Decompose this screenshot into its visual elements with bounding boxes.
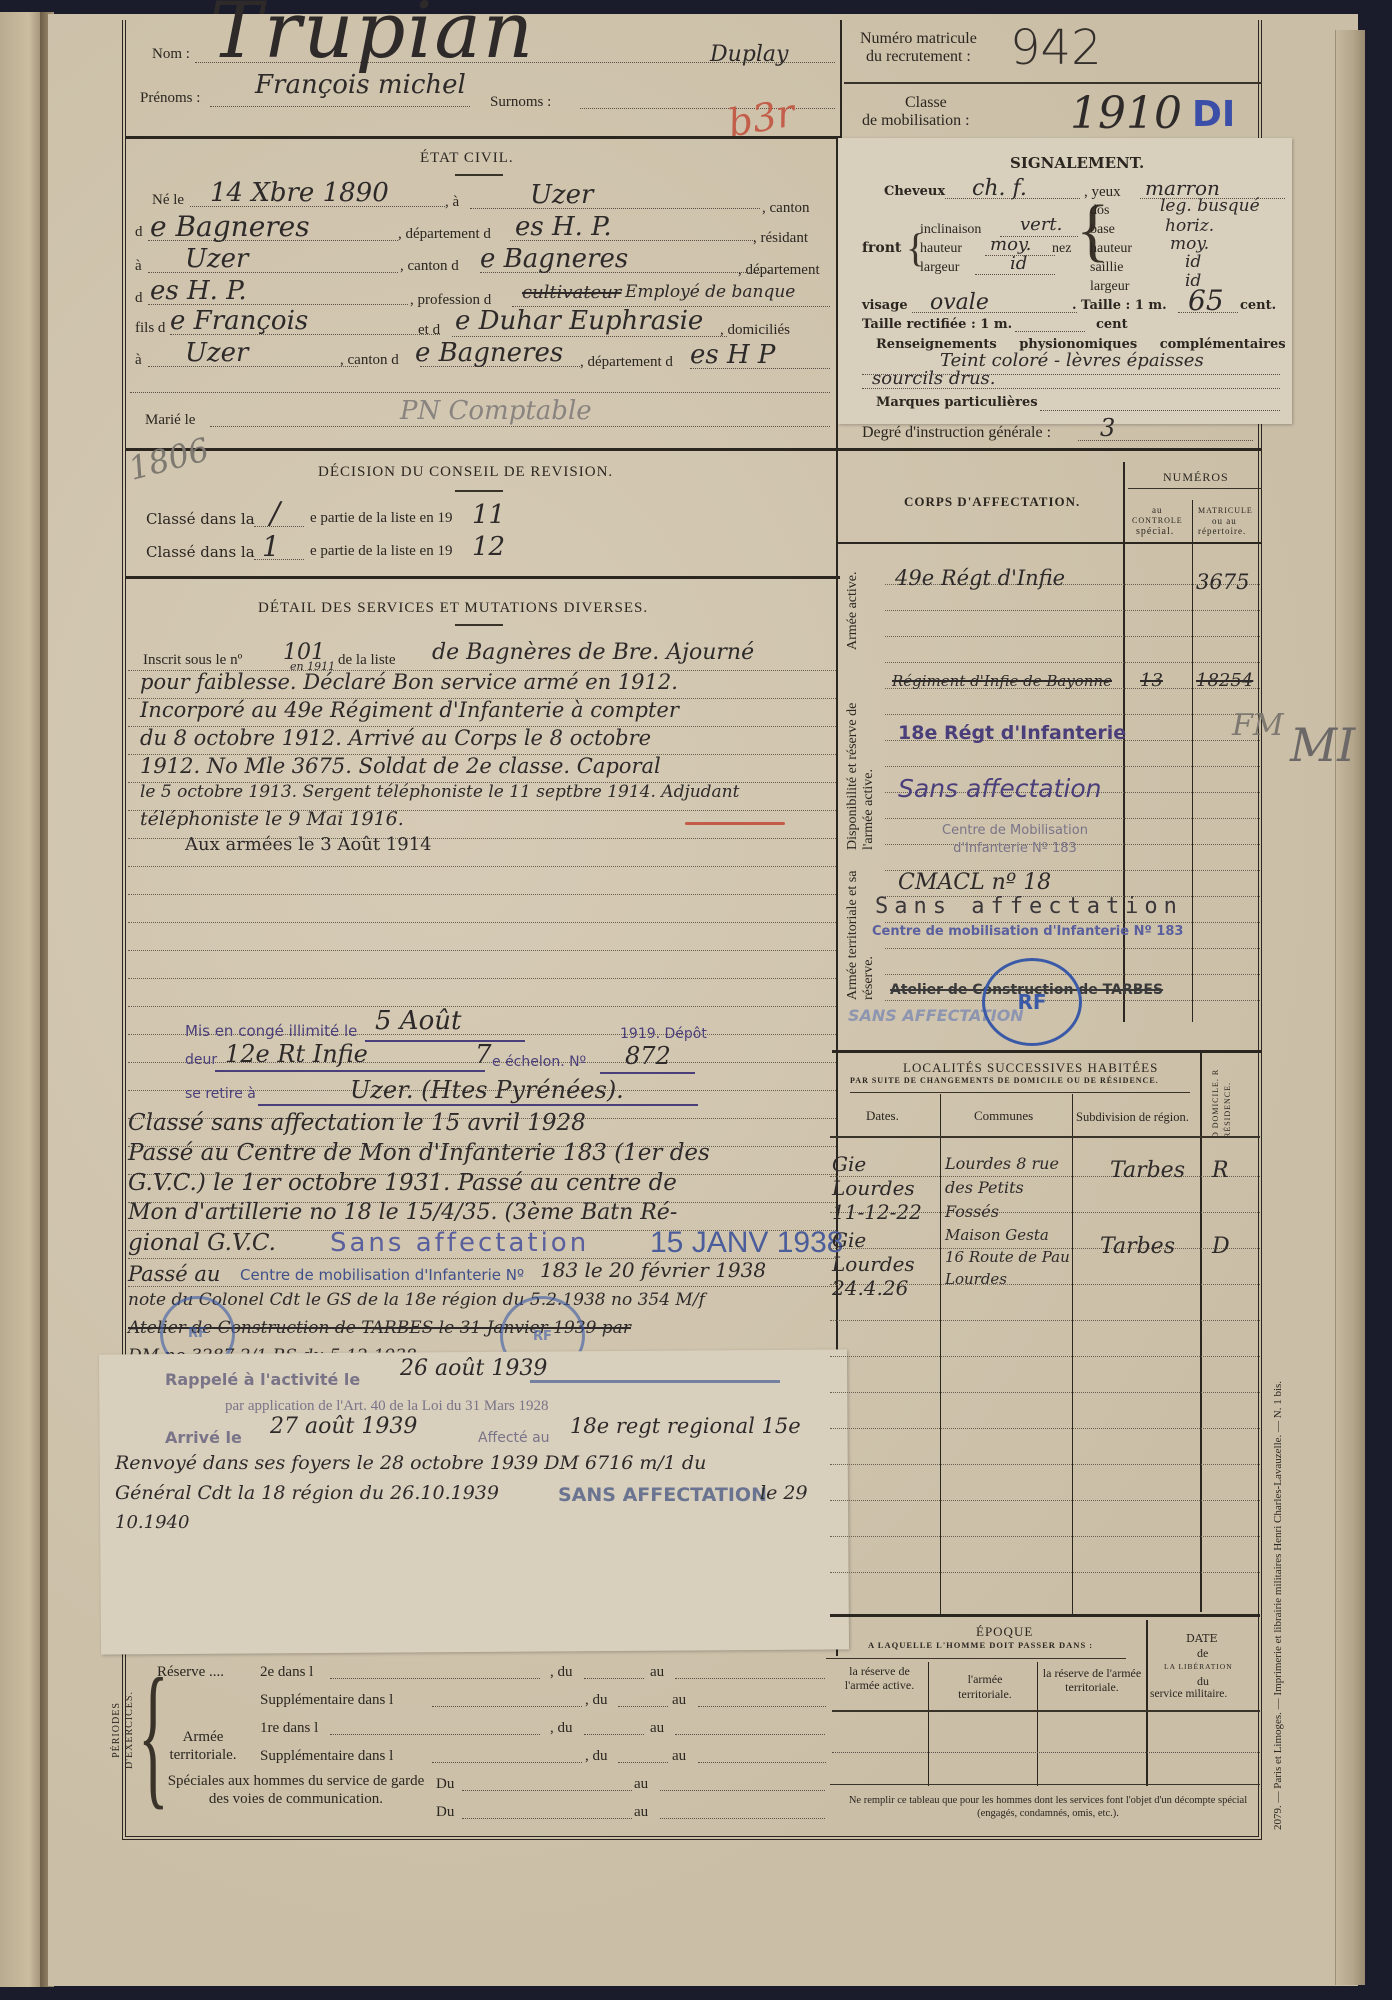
later-line-1: Classé sans affectation le 15 avril 1928 xyxy=(128,1110,586,1136)
domicile-dept-label: , département d xyxy=(580,354,673,371)
inclinaison-value: vert. xyxy=(1020,214,1062,235)
numeros-header: NUMÉROS xyxy=(1163,470,1229,485)
periode-row-line xyxy=(432,1706,582,1707)
corps-matricule: 3675 xyxy=(1196,570,1249,594)
echelon-no: 872 xyxy=(625,1042,671,1070)
dos-label: dos xyxy=(1090,203,1109,219)
classe-label-1: Classe xyxy=(905,94,947,112)
periode-row-text: 2e dans l xyxy=(260,1664,313,1681)
classe-code: DI xyxy=(1192,94,1235,135)
localite-type: R xyxy=(1212,1158,1229,1183)
matricule-col-2: ou au xyxy=(1212,516,1237,526)
blank-line xyxy=(130,392,830,393)
margin-mark: MI xyxy=(1290,718,1355,772)
periode-row-line xyxy=(698,1762,826,1763)
periode-row-au: au xyxy=(650,1720,664,1737)
corps-entry: Sans affectation xyxy=(875,894,1183,919)
surnoms-label: Surnoms : xyxy=(490,94,551,111)
header-divider xyxy=(840,20,842,140)
application-label: par application de l'Art. 40 de la Loi d… xyxy=(225,1398,548,1415)
corps-entry: 18e Régt d'Infanterie xyxy=(898,722,1126,744)
localites-title: LOCALITÉS SUCCESSIVES HABITÉES xyxy=(903,1060,1158,1076)
decision-title: DÉCISION DU CONSEIL DE REVISION. xyxy=(318,464,613,481)
rappele-value: 26 août 1939 xyxy=(400,1356,547,1381)
epoque-col-2: l'armée territoriale. xyxy=(940,1672,1030,1702)
col-communes: Communes xyxy=(974,1108,1033,1124)
residant-value: Uzer xyxy=(185,244,248,274)
periode-row-line xyxy=(675,1734,825,1735)
corps-matricule: 18254 xyxy=(1196,670,1253,691)
services-line-5: 1912. No Mle 3675. Soldat de 2e classe. … xyxy=(140,754,661,778)
departement-value: es H. P. xyxy=(515,212,612,242)
periode-row-au: au xyxy=(634,1804,648,1821)
corps-entry: 49e Régt d'Infie xyxy=(895,566,1065,590)
hauteur-label: hauteur xyxy=(920,241,962,257)
pasted-line-2-tail: le 29 xyxy=(760,1482,808,1504)
largeur-label: largeur xyxy=(920,260,959,276)
title-underline xyxy=(455,624,503,626)
col-dates: Dates. xyxy=(866,1108,899,1124)
rappele-label: Rappelé à l'activité le xyxy=(165,1370,360,1389)
residant-label: , résidant xyxy=(753,230,808,247)
periode-row-du: , du xyxy=(585,1692,608,1709)
hauteur-value: moy. xyxy=(990,234,1031,255)
periode-row-line xyxy=(618,1706,668,1707)
pasted-line-3: 10.1940 xyxy=(115,1512,189,1533)
services-line-4: du 8 octobre 1912. Arrivé au Corps le 8 … xyxy=(140,726,651,750)
controle-col-3: spécial. xyxy=(1136,526,1174,537)
ne-le-label: Né le xyxy=(152,192,184,209)
periode-row-line xyxy=(698,1706,826,1707)
marie-line xyxy=(210,426,830,427)
localite-date: Gie Lourdes 24.4.26 xyxy=(832,1228,940,1300)
periode-row-line xyxy=(675,1678,825,1679)
dos-value: leg. busqué xyxy=(1160,196,1260,216)
affecte-value: 18e regt regional 15e xyxy=(570,1414,801,1438)
a-value: Uzer xyxy=(530,180,593,210)
a-label: , à xyxy=(445,194,459,211)
stamp-sans-affectation: Sans affectation xyxy=(330,1228,589,1258)
periode-row-text: Supplémentaire dans l xyxy=(260,1748,393,1765)
classe-label-2: de mobilisation : xyxy=(862,112,970,130)
fils-label: fils d xyxy=(135,320,165,337)
ne-le-value: 14 Xbre 1890 xyxy=(210,178,389,208)
inclinaison-label: inclinaison xyxy=(920,222,981,238)
controle-col-2: CONTROLE xyxy=(1132,516,1183,525)
departement-label: , département d xyxy=(398,226,491,243)
localite-commune: Maison Gesta 16 Route de Pau Lourdes xyxy=(945,1224,1071,1290)
base-value: horiz. xyxy=(1165,216,1214,236)
domicile-value: Uzer xyxy=(185,338,248,368)
epoque-top-rule xyxy=(830,1614,1260,1617)
periode-row-line xyxy=(330,1734,540,1735)
decision-row-1-value-b: 11 xyxy=(472,500,505,530)
decision-row-2-value-a: 1 xyxy=(262,530,280,563)
inscrit-label: Inscrit sous le nº xyxy=(143,652,242,669)
periode-row-line xyxy=(462,1818,632,1819)
reserve-label: Réserve .... xyxy=(157,1664,224,1681)
pasted-line-1: Renvoyé dans ses foyers le 28 octobre 19… xyxy=(115,1452,706,1474)
decision-row-1-label-b: e partie de la liste en 19 xyxy=(310,510,452,527)
liste-label: de la liste xyxy=(338,652,395,669)
corps-header: CORPS D'AFFECTATION. xyxy=(904,494,1080,510)
periode-row-text: Du xyxy=(436,1804,454,1821)
periode-row-line xyxy=(462,1790,632,1791)
services-line-1: de Bagnères de Bre. Ajourné xyxy=(432,640,754,665)
epoque-bottom-rule xyxy=(830,1784,1260,1785)
arrive-value: 27 août 1939 xyxy=(270,1414,417,1439)
later-line-3: G.V.C.) le 1er octobre 1931. Passé au ce… xyxy=(128,1170,677,1196)
services-title: DÉTAIL DES SERVICES ET MUTATIONS DIVERSE… xyxy=(258,600,648,617)
taille-rectifiee-line xyxy=(1015,331,1085,332)
decision-row-2-label-a: Classé dans la xyxy=(146,543,255,561)
controle-col-1: au xyxy=(1152,505,1163,515)
localite-subdivision: Tarbes xyxy=(1110,1158,1185,1183)
printer-imprint: 2079. — Paris et Limoges. — Imprimerie e… xyxy=(1272,1381,1284,1830)
later-line-4: Mon d'artillerie no 18 le 15/4/35. (3ème… xyxy=(128,1200,677,1225)
surnoms-line xyxy=(580,108,835,109)
localites-brace xyxy=(850,1092,1190,1093)
conge-year: 1919. Dépôt xyxy=(620,1026,707,1042)
pasted-line-2: Général Cdt la 18 région du 26.10.1939 xyxy=(115,1482,499,1504)
decision-row-1-value-a: / xyxy=(270,496,280,531)
date-header-3: LA LIBÉRATION xyxy=(1164,1662,1233,1671)
echelon-value: 7 xyxy=(475,1040,492,1070)
nez-hauteur-label: hauteur xyxy=(1090,241,1132,257)
taille-cent-label: cent. xyxy=(1240,298,1276,313)
services-line-3: Incorporé au 49e Régiment d'Infanterie à… xyxy=(140,698,679,722)
echelon-label: e échelon. Nº xyxy=(492,1054,586,1070)
corps-controle: 13 xyxy=(1140,670,1163,691)
taille-rectifiee-label: Taille rectifiée : 1 m. xyxy=(862,317,1012,332)
decision-row-2-label-b: e partie de la liste en 19 xyxy=(310,543,452,560)
section-disponibilite: Disponibilité et réserve de l'armée acti… xyxy=(845,660,877,850)
conge-date: 5 Août xyxy=(375,1006,461,1036)
signalement-title: SIGNALEMENT. xyxy=(1010,154,1144,172)
services-line-2: pour faiblesse. Déclaré Bon service armé… xyxy=(140,670,678,694)
periode-row-line xyxy=(660,1790,825,1791)
section-armee-active: Armée active. xyxy=(845,571,861,650)
taille-rectifiee-cent: cent xyxy=(1096,317,1128,332)
header-rule xyxy=(844,82,1262,84)
matricule-col-1: MATRICULE xyxy=(1198,506,1253,515)
pasted-stamp: SANS AFFECTATION xyxy=(558,1484,767,1506)
conge-label: Mis en congé illimité le xyxy=(185,1022,357,1040)
residant-a-label: à xyxy=(135,258,142,275)
instruction-value: 3 xyxy=(1100,414,1115,442)
canton-value: e Bagneres xyxy=(150,210,310,243)
corps-entry-struck: Régiment d'Infie de Bayonne xyxy=(892,672,1112,690)
epoque-header-rule xyxy=(832,1710,1260,1712)
epoque-note: Ne remplir ce tableau que pour les homme… xyxy=(838,1794,1258,1820)
conge-underline xyxy=(365,1040,525,1042)
later-line-5: gional G.V.C. xyxy=(128,1230,276,1256)
section-rule xyxy=(126,448,840,451)
matricule-value: 942 xyxy=(1010,20,1102,76)
epoque-line xyxy=(832,1752,1260,1753)
corps-entry: Sans affectation xyxy=(898,774,1102,803)
classe-value: 1910 xyxy=(1070,88,1182,139)
matricule-label-2: du recrutement : xyxy=(866,48,971,66)
surname-alias: Duplay xyxy=(710,42,788,67)
localite-date: Gie Lourdes 11-12-22 xyxy=(832,1152,940,1224)
margin-mark-2: FM xyxy=(1232,708,1284,743)
marques-label: Marques particulières xyxy=(876,395,1038,410)
largeur-value: id xyxy=(1010,253,1027,274)
periode-row-line xyxy=(330,1678,540,1679)
corps-entry: Centre de mobilisation d'Infanterie Nº 1… xyxy=(872,924,1183,939)
page-stack-edge xyxy=(1335,30,1365,1985)
depot-label: deur xyxy=(185,1052,217,1068)
epoque-col-3: la réserve de l'armée territoriale. xyxy=(1042,1666,1142,1694)
saillie-value: id xyxy=(1185,252,1201,272)
periode-row-au: au xyxy=(634,1776,648,1793)
decision-row-1-label-a: Classé dans la xyxy=(146,510,255,528)
periode-row-au: au xyxy=(672,1692,686,1709)
date-header-5: service militaire. xyxy=(1150,1688,1227,1700)
epoque-brace xyxy=(826,1658,1126,1659)
retire-value: Uzer. (Htes Pyrénées). xyxy=(350,1076,624,1104)
residant-canton-value: e Bagneres xyxy=(480,244,628,274)
matricule-col-3: répertoire. xyxy=(1198,526,1246,536)
cheveux-value: ch. f. xyxy=(972,176,1027,201)
residant-dept-label: , département xyxy=(738,262,820,279)
localite-type: D xyxy=(1212,1234,1230,1259)
periode-row-au: au xyxy=(672,1748,686,1765)
matricule-label-1: Numéro matricule xyxy=(860,30,977,48)
renseignements-value-2: sourcils drus. xyxy=(872,368,996,389)
visage-value: ovale xyxy=(930,290,989,315)
numeros-brace xyxy=(1128,488,1262,489)
epoque-col-divider xyxy=(1037,1662,1038,1786)
nom-label: Nom : xyxy=(152,46,190,63)
corps-top-rule xyxy=(836,448,1262,451)
residant-dept-value: es H. P. xyxy=(150,276,247,306)
epoque-title: ÉPOQUE xyxy=(976,1624,1033,1640)
canton-de-label: d xyxy=(135,224,143,241)
visage-label: visage xyxy=(862,298,908,313)
date-divider xyxy=(1146,1620,1148,1786)
corps-entry: CMACL nº 18 xyxy=(898,870,1051,895)
nez-hauteur-value: moy. xyxy=(1170,234,1209,254)
base-label: base xyxy=(1090,222,1115,238)
localites-header-rule xyxy=(830,1136,1260,1138)
corps-entry: Centre de Mobilisation d'Infanterie Nº 1… xyxy=(920,822,1110,858)
date-header-1: DATE xyxy=(1186,1632,1218,1645)
marie-value: PN Comptable xyxy=(400,396,592,426)
date-header-2: de xyxy=(1197,1646,1208,1661)
taille-value: 65 xyxy=(1188,284,1224,317)
localites-subtitle: PAR SUITE DE CHANGEMENTS DE DOMICILE OU … xyxy=(850,1076,1159,1085)
prenoms-label: Prénoms : xyxy=(140,90,200,107)
mere-label: et d xyxy=(418,322,440,339)
periode-row-line xyxy=(584,1678,644,1679)
affecte-label: Affecté au xyxy=(478,1430,550,1446)
nez-label: nez xyxy=(1052,241,1071,257)
date-header-4: du xyxy=(1197,1674,1209,1689)
marie-label: Marié le xyxy=(145,412,195,429)
prenoms-value: François michel xyxy=(255,70,466,100)
rappele-underline xyxy=(530,1380,780,1383)
services-line-7: téléphoniste le 9 Mai 1916. xyxy=(140,808,404,830)
largeur-line xyxy=(975,274,1055,275)
depot-value: 12e Rt Infie xyxy=(225,1040,368,1068)
instruction-label: Degré d'instruction générale : xyxy=(862,424,1051,442)
epoque-subtitle: A LAQUELLE L'HOMME DOIT PASSER DANS : xyxy=(868,1640,1093,1650)
periode-row-line xyxy=(432,1762,582,1763)
services-line-6: le 5 octobre 1913. Sergent téléphoniste … xyxy=(140,782,739,802)
taille-label: . Taille : 1 m. xyxy=(1072,298,1167,313)
echelon-underline xyxy=(600,1072,695,1074)
periode-row-text: 1re dans l xyxy=(260,1720,318,1737)
col-domicile-residence: D DOMICILE. R RÉSIDENCE. xyxy=(1210,1048,1234,1138)
residant-canton-label: , canton d xyxy=(400,258,459,275)
periode-row-du: , du xyxy=(585,1748,608,1765)
retire-underline xyxy=(258,1104,698,1106)
territoriale-label: Armée territoriale. xyxy=(163,1728,243,1764)
localites-top-rule xyxy=(832,1050,1262,1053)
stamp-date: 15 JANV 1938 xyxy=(650,1226,843,1260)
later-line-2: Passé au Centre de Mon d'Infanterie 183 … xyxy=(128,1140,710,1166)
periode-row-du: , du xyxy=(550,1720,573,1737)
canton-label: , canton xyxy=(762,200,809,217)
marques-line xyxy=(1040,410,1280,411)
retire-label: se retire à xyxy=(185,1086,256,1102)
domicile-line xyxy=(148,366,358,367)
red-underline xyxy=(685,822,785,825)
nom-value: Trupian xyxy=(210,0,535,76)
periodes-side-label: PÉRIODES D'EXERCICES. xyxy=(110,1670,136,1790)
profession-value: Employé de banque xyxy=(625,282,795,302)
title-underline xyxy=(455,490,503,492)
residant-dept-de-label: d xyxy=(135,290,143,307)
arrive-label: Arrivé le xyxy=(165,1428,242,1447)
stamp-centre-mobilisation: Centre de mobilisation d'Infanterie Nº xyxy=(240,1266,524,1284)
col-subdivision: Subdivision de région. xyxy=(1076,1110,1189,1125)
mere-line xyxy=(452,336,727,337)
domicile-dept-value: es H P xyxy=(690,340,775,370)
centre-prefix: Passé au xyxy=(128,1262,220,1286)
prenoms-line xyxy=(210,106,470,107)
epoque-col-divider xyxy=(928,1662,929,1786)
section-rule xyxy=(126,576,840,579)
epoque-col-1: la réserve de l'armée active. xyxy=(832,1664,927,1692)
title-underline xyxy=(455,174,503,176)
front-label: front xyxy=(862,240,901,256)
periode-row-text: Du xyxy=(436,1776,454,1793)
periode-row-line xyxy=(584,1734,644,1735)
localite-commune: Lourdes 8 rue des Petits Fossés xyxy=(945,1152,1071,1224)
periode-row-line xyxy=(618,1762,668,1763)
pere-value: e François xyxy=(170,306,308,336)
mere-value: e Duhar Euphrasie xyxy=(455,306,703,336)
a-line xyxy=(470,208,760,209)
saillie-label: saillie xyxy=(1090,260,1123,276)
periode-row-au: au xyxy=(650,1664,664,1681)
nez-largeur-label: largeur xyxy=(1090,279,1129,295)
periode-row-text: Supplémentaire dans l xyxy=(260,1692,393,1709)
section-rule xyxy=(126,136,840,139)
decision-row-2-value-b: 12 xyxy=(472,532,505,562)
periode-row-line xyxy=(660,1818,825,1819)
domicile-canton-value: e Bagneres xyxy=(415,338,563,368)
domicilies-label: , domiciliés xyxy=(720,322,790,339)
services-line-8: Aux armées le 3 Août 1914 xyxy=(185,834,432,855)
certification-stamp-icon: RF xyxy=(982,958,1082,1046)
profession-struck: cultivateur xyxy=(522,282,621,303)
domicile-a-label: à xyxy=(135,352,142,369)
periode-row-du: , du xyxy=(550,1664,573,1681)
speciales-label: Spéciales aux hommes du service de garde… xyxy=(156,1772,436,1808)
localite-subdivision: Tarbes xyxy=(1100,1234,1175,1259)
depot-underline xyxy=(215,1070,485,1072)
centre-value: 183 le 20 février 1938 xyxy=(540,1258,766,1282)
etat-civil-title: ÉTAT CIVIL. xyxy=(420,150,514,167)
cheveux-label: Cheveux xyxy=(884,184,945,199)
domicile-canton-label: , canton d xyxy=(340,352,399,369)
